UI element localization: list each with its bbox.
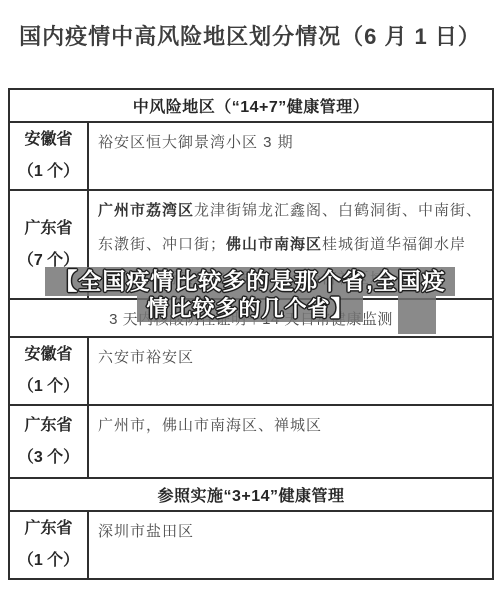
table-row: 安徽省 （1 个） 裕安区恒大御景湾小区 3 期 (9, 122, 493, 190)
detail-cell: 广州市荔湾区龙津街锦龙汇鑫阁、白鹤洞街、中南街、东漖街、冲口街；佛山市南海区桂城… (88, 190, 493, 299)
province-cell-anhui: 安徽省 （1 个） (9, 122, 88, 190)
province-count: （1 个） (11, 545, 86, 577)
table-row: 广东省 （1 个） 深圳市盐田区 (9, 511, 493, 579)
province-name: 广东省 (11, 213, 86, 245)
table-row: 安徽省 （1 个） 六安市裕安区 (9, 337, 493, 405)
province-name: 广东省 (11, 410, 86, 442)
detail-cell: 广州市，佛山市南海区、禅城区 (88, 405, 493, 478)
province-count: （1 个） (11, 371, 86, 403)
section-header-row-reference: 参照实施“3+14”健康管理 (9, 478, 493, 511)
province-name: 广东省 (11, 513, 86, 545)
page-title: 国内疫情中高风险地区划分情况（6 月 1 日） (0, 20, 500, 51)
province-cell-guangdong: 广东省 （3 个） (9, 405, 88, 478)
page-root: { "page": { "title": "国内疫情中高风险地区划分情况（6 月… (0, 0, 500, 593)
province-count: （7 个） (11, 245, 86, 277)
detail-cell: 深圳市盐田区 (88, 511, 493, 579)
province-count: （1 个） (11, 156, 86, 188)
detail-city-bold: 佛山市南海区 (226, 236, 322, 253)
detail-cell: 六安市裕安区 (88, 337, 493, 405)
province-cell-anhui: 安徽省 （1 个） (9, 337, 88, 405)
detail-city-bold: 广州市荔湾区 (98, 202, 194, 219)
section-header-reference: 参照实施“3+14”健康管理 (9, 478, 493, 511)
table-row: 广东省 （7 个） 广州市荔湾区龙津街锦龙汇鑫阁、白鹤洞街、中南街、东漖街、冲口… (9, 190, 493, 299)
table-row: 广东省 （3 个） 广州市，佛山市南海区、禅城区 (9, 405, 493, 478)
detail-streets-occluded: 大沥镇联安、联科两个经济社区域 (146, 270, 386, 287)
province-count: （3 个） (11, 442, 86, 474)
province-name: 安徽省 (11, 124, 86, 156)
risk-area-table: 中风险地区（“14+7”健康管理） 安徽省 （1 个） 裕安区恒大御景湾小区 3… (8, 88, 494, 580)
detail-cell: 裕安区恒大御景湾小区 3 期 (88, 122, 493, 190)
province-cell-guangdong: 广东省 （7 个） (9, 190, 88, 299)
province-cell-guangdong: 广东省 （1 个） (9, 511, 88, 579)
section-header-row-mid-risk: 中风险地区（“14+7”健康管理） (9, 89, 493, 122)
watermark-block (398, 296, 436, 334)
province-name: 安徽省 (11, 339, 86, 371)
section-header-mid-risk: 中风险地区（“14+7”健康管理） (9, 89, 493, 122)
